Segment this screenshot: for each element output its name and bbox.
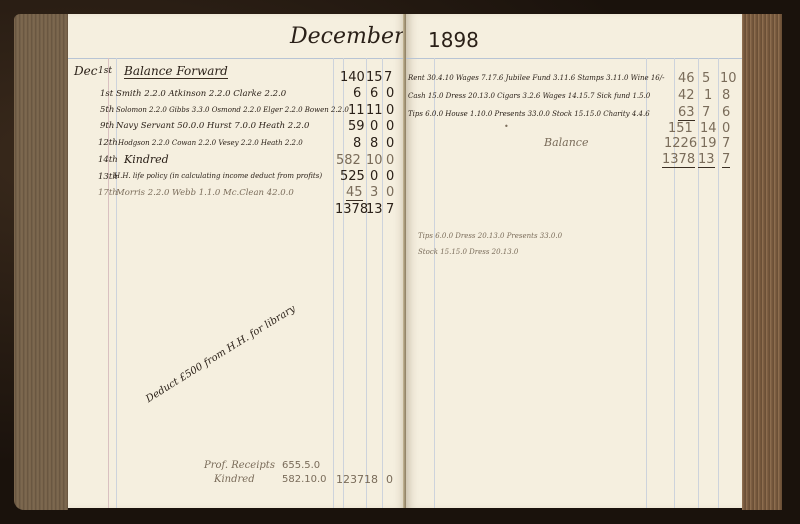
- entry-pence: 8: [722, 88, 730, 103]
- pencil-note-2: Stock 15.15.0 Dress 20.13.0: [418, 248, 518, 256]
- entry-text: Rent 30.4.10 Wages 7.17.6 Jubilee Fund 3…: [408, 74, 664, 82]
- entry-pence: 0: [386, 169, 394, 184]
- entry-text: Tips 6.0.0 House 1.10.0 Presents 33.0.0 …: [408, 110, 650, 118]
- entry-pounds: 11: [348, 103, 365, 118]
- entry-text: Navy Servant 50.0.0 Hurst 7.0.0 Heath 2.…: [116, 121, 309, 131]
- footer-value-kindred: 582.10.0: [282, 474, 327, 485]
- shillings-column-rule: [698, 58, 699, 508]
- header-rule: [68, 58, 406, 59]
- page-edges-left: [14, 14, 68, 510]
- entry-shillings: 8: [370, 136, 378, 151]
- entry-text: Kindred: [124, 153, 169, 166]
- page-edges-right: [742, 14, 782, 510]
- footer-total-shillings: 18: [364, 473, 378, 486]
- footer-label-kindred: Kindred: [214, 474, 255, 485]
- subtotal-shillings: 14: [700, 121, 717, 136]
- entry-day: 14th: [98, 155, 118, 165]
- margin-note: Deduct £500 from H.H. for library: [144, 303, 297, 405]
- entry-pounds: 8: [353, 136, 361, 151]
- footer-total-pounds: 1237: [336, 473, 364, 486]
- pencil-note-1: Tips 6.0.0 Dress 20.13.0 Presents 33.0.0: [418, 232, 562, 240]
- entry-shillings: 0: [370, 169, 378, 184]
- entry-day: 9th: [100, 121, 114, 131]
- entry-pence: 0: [386, 103, 394, 118]
- entry-shillings: 0: [370, 119, 378, 134]
- entry-pounds: 6: [353, 86, 361, 101]
- entry-pounds: 140: [340, 70, 365, 85]
- entry-shillings: 11: [366, 103, 383, 118]
- entry-pence: 7: [384, 70, 392, 85]
- total-shillings: 13: [366, 202, 383, 217]
- date-column-rule: [434, 58, 435, 508]
- footer-value-receipts: 655.5.0: [282, 460, 320, 471]
- ink-mark: •: [504, 122, 509, 131]
- entry-day: 12th: [98, 138, 118, 148]
- entry-pounds: 46: [678, 71, 695, 86]
- entry-pounds: 45: [346, 185, 363, 201]
- balance-shillings: 19: [700, 136, 717, 151]
- folio-column-rule: [333, 58, 334, 508]
- entry-shillings: 15: [366, 70, 383, 85]
- pence-column-rule: [382, 58, 383, 508]
- right-page: 1898 Rent 30.4.10 Wages 7.17.6 Jubilee F…: [406, 14, 742, 508]
- pounds-column-rule: [343, 58, 344, 508]
- entry-pence: 0: [386, 86, 394, 101]
- entry-text: Cash 15.0 Dress 20.13.0 Cigars 3.2.6 Wag…: [408, 92, 650, 100]
- entry-text: Hodgson 2.2.0 Cowan 2.2.0 Vesey 2.2.0 He…: [118, 139, 303, 147]
- total-pence: 7: [386, 202, 394, 217]
- entry-pounds: 59: [348, 119, 365, 134]
- entry-day: 1st: [100, 89, 113, 99]
- entry-text: Smith 2.2.0 Atkinson 2.2.0 Clarke 2.2.0: [116, 89, 286, 99]
- shillings-column-rule: [366, 58, 367, 508]
- entry-shillings: 6: [370, 86, 378, 101]
- entry-day: 17th: [98, 188, 118, 198]
- entry-pence: 6: [722, 105, 730, 120]
- entry-text: Morris 2.2.0 Webb 1.1.0 Mc.Clean 42.0.0: [116, 188, 294, 198]
- entry-pounds: 582: [336, 153, 361, 168]
- grand-total-pounds: 1378: [662, 152, 695, 168]
- heading-year: 1898: [428, 28, 479, 52]
- folio-column-rule: [646, 58, 647, 508]
- entry-pounds: 63: [678, 105, 695, 121]
- balance-label: Balance: [544, 136, 588, 149]
- entry-pence: 0: [386, 119, 394, 134]
- header-rule: [406, 58, 742, 59]
- total-pounds: 1378: [335, 202, 368, 217]
- balance-pounds: 1226: [664, 136, 697, 151]
- entry-day: 5th: [100, 105, 114, 115]
- month-label: Dec: [74, 64, 97, 78]
- entry-shillings: 7: [702, 105, 710, 120]
- footer-total-pence: 0: [386, 473, 393, 486]
- heading-month: December: [290, 24, 404, 49]
- entry-pence: 0: [386, 185, 394, 200]
- entry-pence: 10: [720, 71, 737, 86]
- entry-day: 1st: [98, 66, 112, 76]
- entry-shillings: 3: [370, 185, 378, 200]
- balance-pence: 7: [722, 136, 730, 151]
- entry-text: Solomon 2.2.0 Gibbs 3.3.0 Osmond 2.2.0 E…: [116, 106, 349, 114]
- entry-text: H.H. life policy (in calculating income …: [114, 172, 322, 180]
- grand-total-shillings: 13: [698, 152, 715, 168]
- entry-shillings: 5: [702, 71, 710, 86]
- entry-text: Balance Forward: [124, 64, 228, 79]
- grand-total-pence: 7: [722, 152, 730, 168]
- subtotal-pence: 0: [722, 121, 730, 136]
- footer-label-receipts: Prof. Receipts: [204, 460, 275, 471]
- subtotal-pounds: 151: [668, 121, 693, 136]
- entry-pence: 0: [386, 153, 394, 168]
- entry-pence: 0: [386, 136, 394, 151]
- entry-shillings: 1: [704, 88, 712, 103]
- entry-pounds: 525: [340, 169, 365, 184]
- left-page: December Dec 1st Balance Forward 140 15 …: [68, 14, 406, 508]
- entry-shillings: 10: [366, 153, 383, 168]
- entry-pounds: 42: [678, 88, 695, 103]
- pence-column-rule: [718, 58, 719, 508]
